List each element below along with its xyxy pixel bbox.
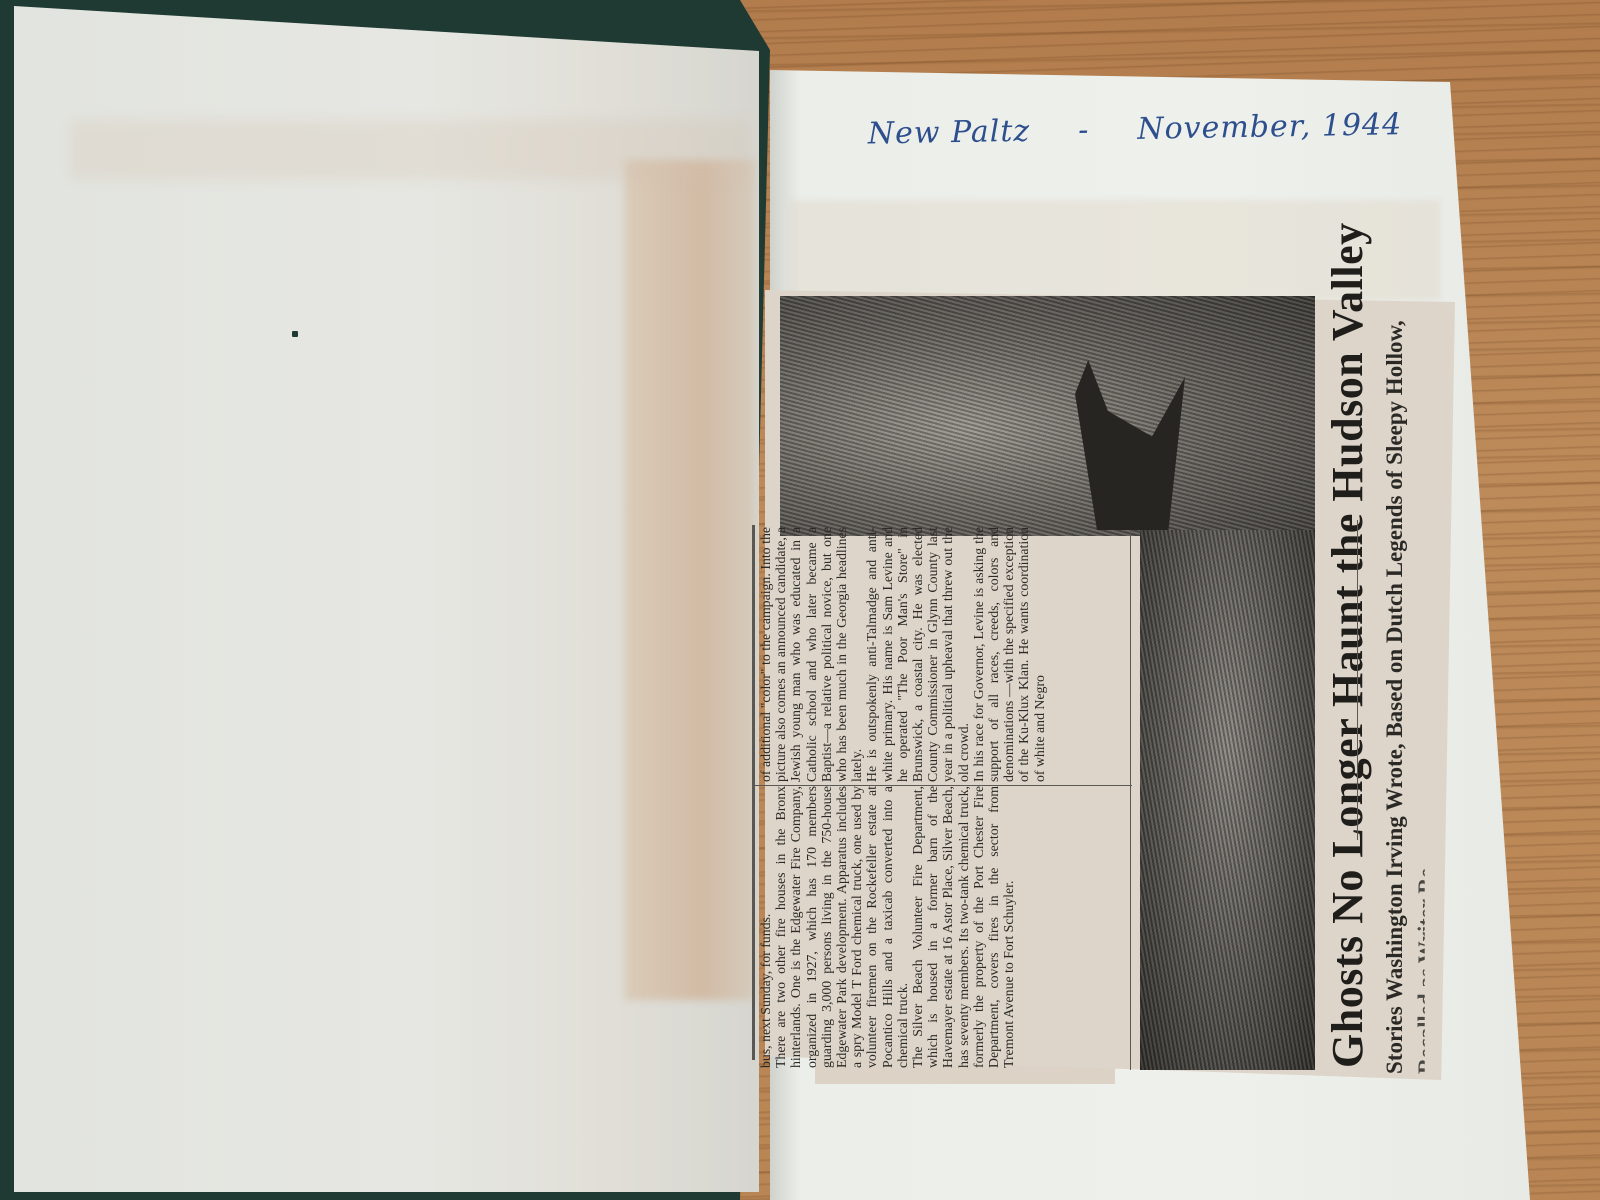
page-stain [625, 160, 755, 1000]
inscription-place: New Paltz [868, 114, 1031, 177]
page-stain-top [70, 120, 750, 180]
engraving-illustration [780, 296, 1315, 536]
column-divider-vertical [1130, 530, 1131, 1070]
headline-rule [1357, 520, 1358, 840]
handwritten-inscription: New Paltz - November, 1944 [868, 107, 1389, 176]
clipping-headline: Ghosts No Longer Haunt the Hudson Valley [1322, 222, 1373, 1068]
inscription-separator: - [1078, 113, 1090, 173]
clipping-edge-rule [752, 525, 755, 1060]
article-column-lower: bus, next Sunday, for funds. There are t… [758, 786, 1130, 1068]
clipping-subheadline: Stories Washington Irving Wrote, Based o… [1382, 320, 1408, 1074]
engraving-illustration-lower [1140, 530, 1315, 1070]
inscription-date: November, 1944 [1137, 107, 1403, 172]
ink-dot [292, 331, 298, 337]
article-column-upper: of additional "color" to the campaign. I… [758, 527, 1130, 782]
